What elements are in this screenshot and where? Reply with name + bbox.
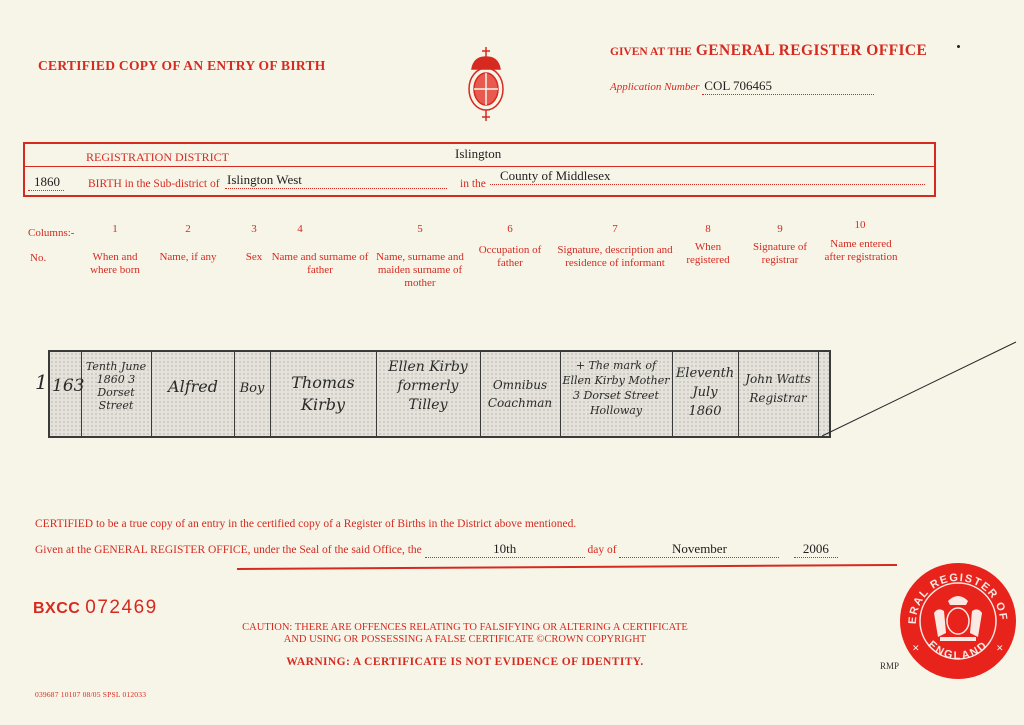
entry-father: Thomas Kirby [272,372,374,416]
columns-label: Columns:- [28,227,74,239]
certification-year: 2006 [794,541,838,558]
certification-day: 10th [425,541,585,558]
entry-informant: + The mark of Ellen Kirby Mother 3 Dorse… [562,358,670,418]
application-number-field: Application Number COL 706465 [610,78,874,95]
print-codes: 039687 10107 08/05 SPSL 012033 [35,690,146,699]
column-number-5: 5 [410,223,430,235]
caution-notice: CAUTION: THERE ARE OFFENCES RELATING TO … [215,622,715,646]
column-number-4: 4 [290,223,310,235]
identity-warning: WARNING: A CERTIFICATE IS NOT EVIDENCE O… [215,656,715,668]
certificate-serial: BXCC 072469 [33,597,158,619]
column-header-4: Name and surname of father [270,251,370,277]
column-header-3: Sex [234,251,274,264]
application-number-label: Application Number [610,81,700,93]
column-header-6: Occupation of father [478,244,542,270]
certification-month: November [619,541,779,558]
serial-number: 072469 [85,597,157,618]
svg-text:✕: ✕ [912,643,920,653]
column-header-2: Name, if any [150,251,226,264]
given-at-heading: GIVEN AT THE GENERAL REGISTER OFFICE [610,42,927,60]
column-number-9: 9 [770,223,790,235]
rmp-mark: RMP [880,661,899,671]
entry-mother: Ellen Kirby formerly Tilley [378,358,478,415]
certification-statement: CERTIFIED to be a true copy of an entry … [35,518,576,530]
column-header-1: When and where born [80,251,150,277]
general-register-office-seal-icon: GENERAL REGISTER OFFICE ENGLAND ✕ ✕ [898,561,1018,681]
entry-number: 163 [52,380,80,393]
column-number-8: 8 [698,223,718,235]
registration-year: 1860 [28,174,64,191]
entry-name: Alfred [153,380,233,393]
signature-line [237,564,897,570]
given-at-text: Given at the GENERAL REGISTER OFFICE, un… [35,544,422,556]
entry-occupation: Omnibus Coachman [482,376,558,412]
application-number-value: COL 706465 [702,78,874,95]
registration-district-label: REGISTRATION DISTRICT [86,150,229,165]
entry-row-mark: 1 [35,370,48,394]
certificate-title: CERTIFIED COPY OF AN ENTRY OF BIRTH [38,58,326,74]
column-number-10: 10 [848,219,872,231]
caution-line-1: CAUTION: THERE ARE OFFENCES RELATING TO … [215,622,715,634]
subdistrict-value: Islington West [225,172,447,189]
office-name: GENERAL REGISTER OFFICE [696,42,927,59]
given-at-prefix: GIVEN AT THE [610,46,692,58]
register-entry-row: 163 Tenth June 1860 3 Dorset Street Alfr… [48,350,831,438]
registration-divider [23,166,936,167]
column-number-2: 2 [178,223,198,235]
column-header-5: Name, surname and maiden surname of moth… [370,251,470,290]
ink-dot [957,45,960,48]
entry-registrar: John Watts Registrar [740,370,816,408]
entry-sex: Boy [235,382,269,395]
column-header-8: When registered [680,241,736,267]
subdistrict-label: BIRTH in the Sub-district of [88,178,220,190]
entry-when-where-born: Tenth June 1860 3 Dorset Street [83,360,149,412]
column-header-9: Signature of registrar [745,241,815,267]
certification-given-line: Given at the GENERAL REGISTER OFFICE, un… [35,541,838,558]
county-value: County of Middlesex [490,168,925,185]
column-number-3: 3 [244,223,264,235]
column-number-1: 1 [105,223,125,235]
svg-text:✕: ✕ [996,643,1004,653]
column-number-7: 7 [605,223,625,235]
cancellation-line [820,340,1020,440]
caution-line-2: AND USING OR POSSESSING A FALSE CERTIFIC… [215,634,715,646]
column-number-6: 6 [500,223,520,235]
column-header-7: Signature, description and residence of … [555,244,675,270]
in-the-label: in the [460,178,486,190]
registration-district-value: Islington [455,146,501,162]
royal-crest-icon [460,45,512,125]
entry-when-registered: Eleventh July 1860 [674,364,736,421]
no-label: No. [30,252,46,264]
column-header-10: Name entered after registration [820,238,902,264]
day-of-label: day of [588,544,617,556]
serial-prefix: BXCC [33,600,80,617]
